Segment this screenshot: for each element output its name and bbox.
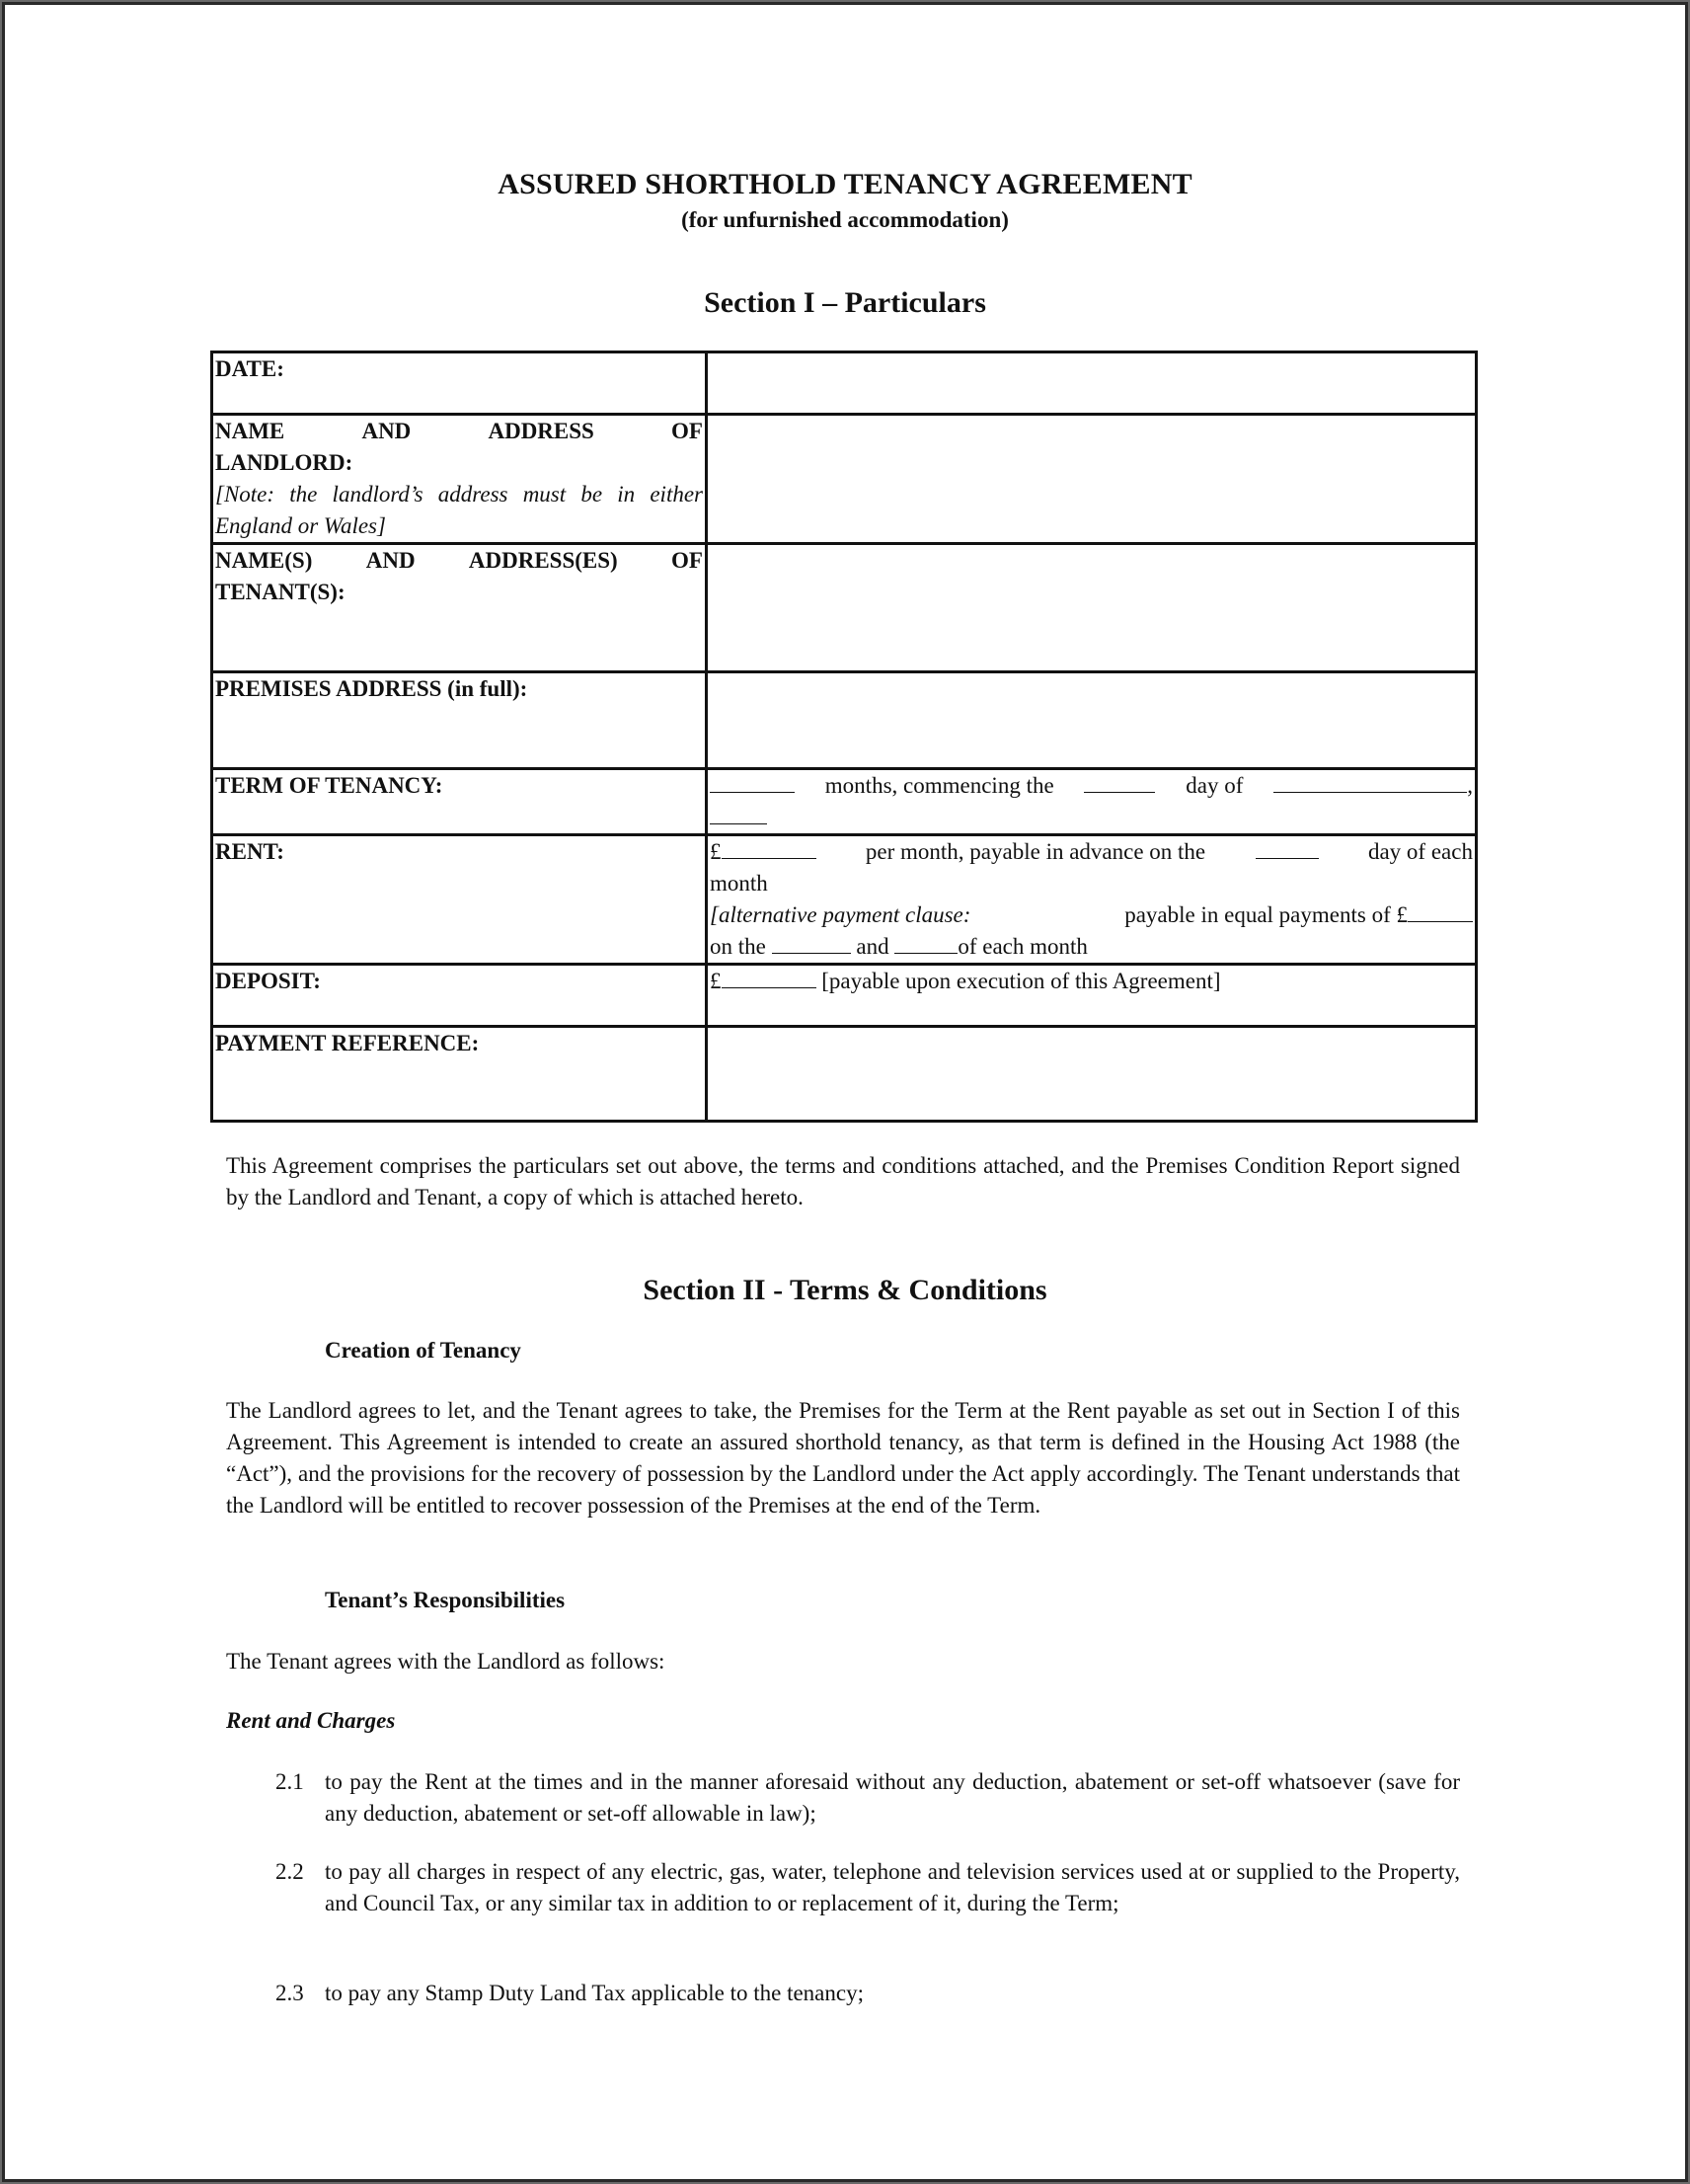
- clause-text: to pay any Stamp Duty Land Tax applicabl…: [325, 1978, 1460, 2009]
- label-date: DATE:: [212, 352, 707, 415]
- label-rent: RENT:: [212, 835, 707, 965]
- agreement-note: This Agreement comprises the particulars…: [226, 1150, 1460, 1213]
- landlord-address-note: [Note: the landlord’s address must be in…: [215, 479, 703, 542]
- document-title: ASSURED SHORTHOLD TENANCY AGREEMENT: [0, 168, 1690, 201]
- blank-start-year[interactable]: [710, 810, 767, 824]
- clause-number: 2.1: [275, 1766, 304, 1798]
- value-premises[interactable]: [707, 672, 1477, 769]
- tenant-responsibilities-heading: Tenant’s Responsibilities: [325, 1588, 565, 1613]
- value-rent[interactable]: £ per month, payable in advance on the d…: [707, 835, 1477, 965]
- section-2-heading: Section II - Terms & Conditions: [0, 1274, 1690, 1307]
- blank-months[interactable]: [710, 770, 795, 793]
- clause-2-1: 2.1 to pay the Rent at the times and in …: [275, 1766, 1460, 1830]
- creation-of-tenancy-heading: Creation of Tenancy: [325, 1338, 521, 1364]
- value-date[interactable]: [707, 352, 1477, 415]
- label-term: TERM OF TENANCY:: [212, 769, 707, 835]
- section-1-heading: Section I – Particulars: [0, 286, 1690, 320]
- table-row-date: DATE:: [212, 352, 1477, 415]
- value-tenants[interactable]: [707, 544, 1477, 672]
- blank-alt-day-2[interactable]: [894, 931, 958, 954]
- table-row-rent: RENT: £ per month, payable in advance on…: [212, 835, 1477, 965]
- document-subtitle: (for unfurnished accommodation): [0, 207, 1690, 233]
- creation-of-tenancy-text: The Landlord agrees to let, and the Tena…: [226, 1395, 1460, 1521]
- clause-2-3: 2.3 to pay any Stamp Duty Land Tax appli…: [275, 1978, 1460, 2009]
- clause-2-2: 2.2 to pay all charges in respect of any…: [275, 1856, 1460, 1919]
- label-premises: PREMISES ADDRESS (in full):: [212, 672, 707, 769]
- blank-rent-day[interactable]: [1256, 836, 1319, 859]
- value-landlord[interactable]: [707, 415, 1477, 544]
- table-row-payment-reference: PAYMENT REFERENCE:: [212, 1027, 1477, 1122]
- blank-rent-amount[interactable]: [722, 836, 816, 859]
- table-row-deposit: DEPOSIT: £ [payable upon execution of th…: [212, 965, 1477, 1027]
- rent-and-charges-heading: Rent and Charges: [226, 1708, 395, 1734]
- value-payment-reference[interactable]: [707, 1027, 1477, 1122]
- label-landlord: NAME AND ADDRESS OF LANDLORD: [Note: the…: [212, 415, 707, 544]
- table-row-landlord: NAME AND ADDRESS OF LANDLORD: [Note: the…: [212, 415, 1477, 544]
- blank-alt-day-1[interactable]: [772, 931, 851, 954]
- clause-number: 2.2: [275, 1856, 304, 1888]
- blank-alt-amount[interactable]: [1408, 899, 1473, 922]
- clause-text: to pay the Rent at the times and in the …: [325, 1766, 1460, 1830]
- blank-start-day[interactable]: [1084, 770, 1155, 793]
- value-term[interactable]: months, commencing the day of ,: [707, 769, 1477, 835]
- label-tenants: NAME(S) AND ADDRESS(ES) OF TENANT(S):: [212, 544, 707, 672]
- label-deposit: DEPOSIT:: [212, 965, 707, 1027]
- table-row-tenants: NAME(S) AND ADDRESS(ES) OF TENANT(S):: [212, 544, 1477, 672]
- table-row-term: TERM OF TENANCY: months, commencing the …: [212, 769, 1477, 835]
- table-row-premises: PREMISES ADDRESS (in full):: [212, 672, 1477, 769]
- label-payment-reference: PAYMENT REFERENCE:: [212, 1027, 707, 1122]
- blank-start-month[interactable]: [1273, 770, 1467, 793]
- value-deposit[interactable]: £ [payable upon execution of this Agreem…: [707, 965, 1477, 1027]
- blank-deposit-amount[interactable]: [722, 966, 816, 988]
- clause-number: 2.3: [275, 1978, 304, 2009]
- responsibilities-intro: The Tenant agrees with the Landlord as f…: [226, 1646, 1460, 1677]
- particulars-table: DATE: NAME AND ADDRESS OF LANDLORD: [Not…: [210, 351, 1478, 1123]
- clause-text: to pay all charges in respect of any ele…: [325, 1856, 1460, 1919]
